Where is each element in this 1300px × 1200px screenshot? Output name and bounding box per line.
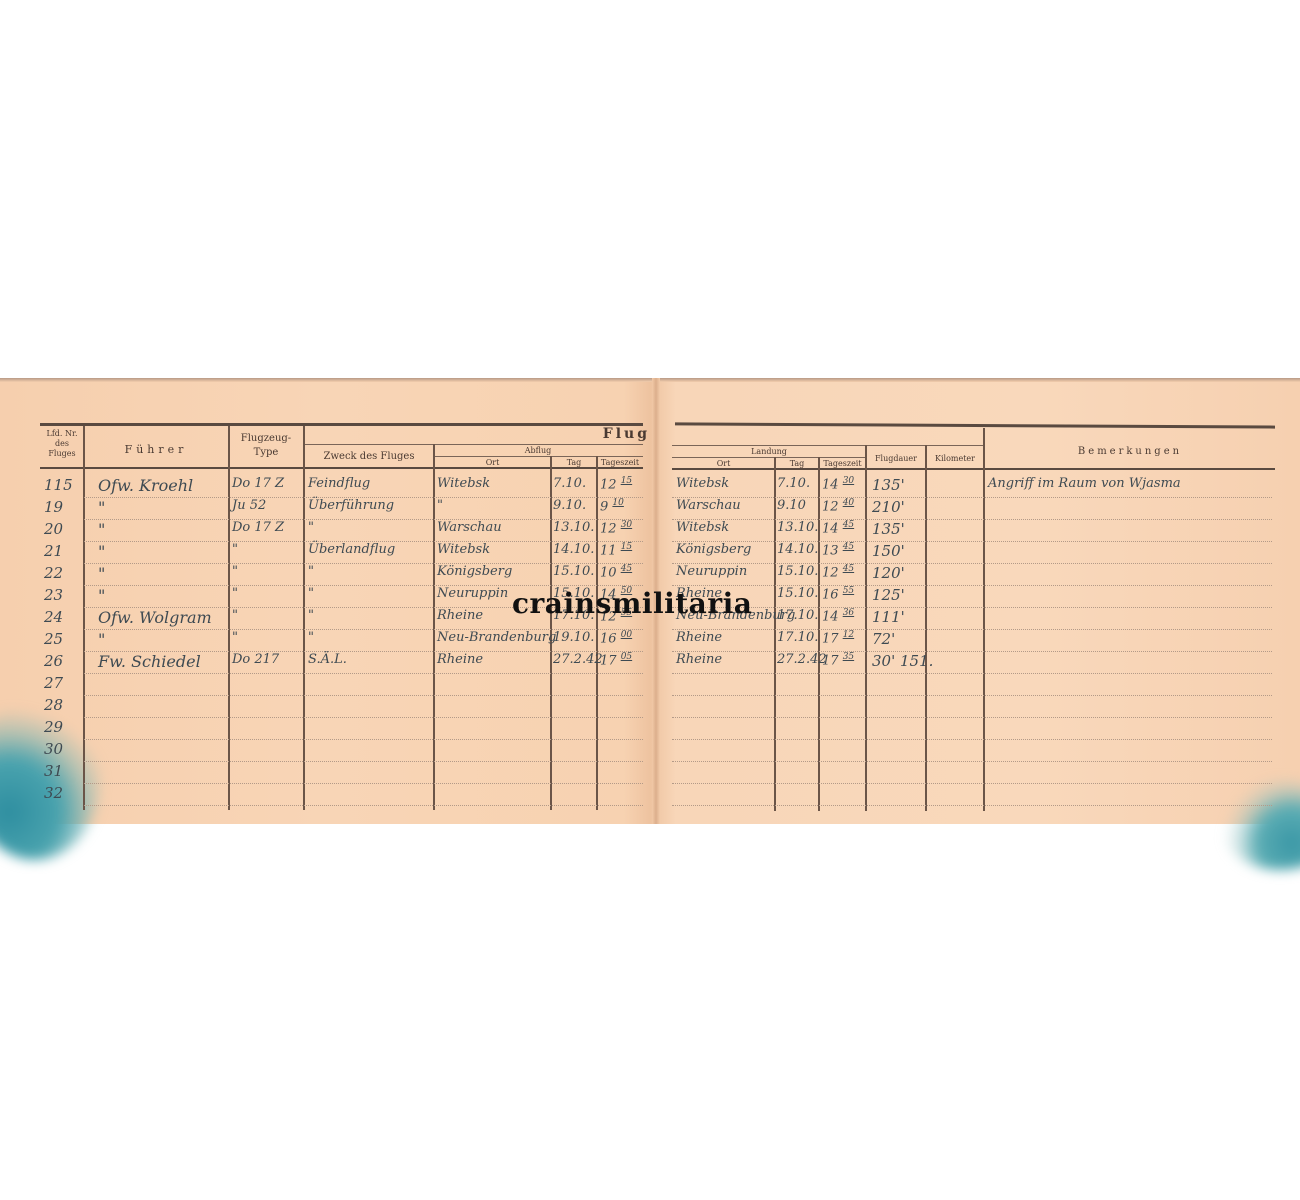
landing-time: 12 45	[822, 564, 854, 580]
aircraft-type: "	[232, 586, 238, 601]
col-divider	[303, 426, 305, 810]
landing-time: 14 45	[822, 520, 854, 536]
page-top-edge	[0, 378, 1300, 382]
pilot-name: Ofw. Wolgram	[98, 608, 212, 627]
landing-time-minute: 36	[843, 608, 854, 618]
flight-number: 21	[44, 542, 63, 560]
landing-time-hour: 12	[822, 499, 839, 514]
pilot-name: "	[98, 564, 105, 583]
flight-number: 115	[44, 476, 73, 494]
flight-purpose: "	[308, 520, 314, 535]
row-rule	[84, 673, 643, 674]
departure-place: Neuruppin	[437, 586, 508, 601]
header-rule-landung-top	[672, 445, 984, 446]
row-rule	[672, 695, 1272, 696]
col-header-kilometer: Kilometer	[926, 454, 984, 464]
col-header-type-line1: Flugzeug-	[229, 432, 303, 446]
flight-purpose: "	[308, 586, 314, 601]
departure-place: Witebsk	[437, 542, 490, 557]
departure-place: Neu-Brandenburg	[437, 630, 556, 645]
flight-number: 24	[44, 608, 63, 626]
pilot-name: "	[98, 542, 105, 561]
col-header-nr: Lfd. Nr. des Fluges	[40, 429, 84, 459]
departure-place: Königsberg	[437, 564, 512, 579]
landing-date: 13.10.	[777, 520, 818, 535]
landing-date: 14.10.	[777, 542, 818, 557]
landing-date: 17.10.	[777, 608, 818, 623]
pilot-name: "	[98, 630, 105, 649]
row-rule	[84, 805, 643, 806]
row-rule	[672, 629, 1272, 630]
flight-duration: 120'	[872, 564, 905, 582]
header-bottom-right	[672, 468, 1275, 470]
departure-time: 12 15	[600, 476, 632, 492]
flight-number: 28	[44, 696, 63, 714]
col-header-fuehrer: Führer	[84, 443, 228, 456]
group-header-landung: Landung	[672, 447, 866, 457]
landing-time: 16 55	[822, 586, 854, 602]
col-divider	[865, 445, 867, 811]
landing-place: Königsberg	[676, 542, 751, 557]
remarks: Angriff im Raum von Wjasma	[988, 476, 1181, 491]
flight-number: 32	[44, 784, 63, 802]
flight-duration: 135'	[872, 476, 905, 494]
pilot-name: "	[98, 586, 105, 605]
departure-place: Rheine	[437, 652, 483, 667]
flight-duration: 210'	[872, 498, 905, 516]
row-rule	[84, 717, 643, 718]
row-rule	[672, 519, 1272, 520]
landing-time-minute: 55	[843, 586, 854, 596]
watermark: crainsmilitaria	[512, 587, 752, 620]
departure-time-minute: 15	[621, 542, 632, 552]
col-divider	[228, 426, 230, 810]
header-rule-landung	[672, 457, 866, 458]
flight-number: 29	[44, 718, 63, 736]
landing-date: 7.10.	[777, 476, 810, 491]
landing-place: Rheine	[676, 652, 722, 667]
departure-time-hour: 11	[600, 543, 617, 558]
col-header-nr-line1: Lfd. Nr.	[40, 429, 84, 439]
row-rule	[84, 739, 643, 740]
row-rule	[672, 783, 1272, 784]
landing-time-minute: 30	[843, 476, 854, 486]
departure-time-hour: 12	[600, 477, 617, 492]
flight-number: 31	[44, 762, 63, 780]
departure-time-hour: 10	[600, 565, 617, 580]
flight-duration: 135'	[872, 520, 905, 538]
flight-duration: 125'	[872, 586, 905, 604]
landing-time-hour: 13	[822, 543, 839, 558]
departure-place: Witebsk	[437, 476, 490, 491]
landing-time-hour: 14	[822, 609, 839, 624]
departure-time: 11 15	[600, 542, 632, 558]
landing-time-minute: 45	[843, 542, 854, 552]
col-header-zweck: Zweck des Fluges	[304, 452, 434, 462]
flight-duration: 150'	[872, 542, 905, 560]
aircraft-type: "	[232, 630, 238, 645]
row-rule	[672, 739, 1272, 740]
landing-time-hour: 17	[822, 631, 839, 646]
landing-time-minute: 45	[843, 564, 854, 574]
departure-time-hour: 12	[600, 521, 617, 536]
flight-purpose: "	[308, 630, 314, 645]
departure-time: 12 30	[600, 520, 632, 536]
row-rule	[672, 497, 1272, 498]
aircraft-type: Do 17 Z	[232, 476, 284, 491]
flight-duration: 111'	[872, 608, 905, 626]
landing-date: 15.10.	[777, 564, 818, 579]
departure-time-minute: 15	[621, 476, 632, 486]
col-header-bemerkungen: Bemerkungen	[985, 446, 1275, 457]
row-rule	[672, 563, 1272, 564]
landing-time: 12 40	[822, 498, 854, 514]
header-bottom-left	[40, 467, 643, 469]
row-rule	[672, 541, 1272, 542]
landing-time-hour: 16	[822, 587, 839, 602]
departure-time-minute: 00	[621, 630, 632, 640]
departure-time-hour: 17	[600, 653, 617, 668]
aircraft-type: "	[232, 608, 238, 623]
pilot-name: Ofw. Kroehl	[98, 476, 193, 495]
row-rule	[84, 695, 643, 696]
col-divider	[925, 445, 927, 811]
flight-purpose: S.Ä.L.	[308, 652, 347, 667]
col-header-type: Flugzeug- Type	[229, 432, 303, 460]
col-header-nr-line2: des	[40, 439, 84, 449]
flight-number: 19	[44, 498, 63, 516]
col-divider	[983, 428, 985, 811]
departure-date: 15.10.	[553, 564, 594, 579]
landing-place: Warschau	[676, 498, 741, 513]
departure-time: 10 45	[600, 564, 632, 580]
header-rule-flug	[304, 444, 643, 445]
flight-number: 30	[44, 740, 63, 758]
row-rule	[672, 673, 1272, 674]
aircraft-type: Ju 52	[232, 498, 266, 513]
aircraft-type: "	[232, 564, 238, 579]
departure-place: Rheine	[437, 608, 483, 623]
departure-place: Warschau	[437, 520, 502, 535]
col-header-nr-line3: Fluges	[40, 449, 84, 459]
landing-time-minute: 45	[843, 520, 854, 530]
departure-time-minute: 45	[621, 564, 632, 574]
landing-date: 17.10.	[777, 630, 818, 645]
departure-date: 7.10.	[553, 476, 586, 491]
aircraft-type: Do 217	[232, 652, 279, 667]
departure-time-minute: 30	[621, 520, 632, 530]
flight-purpose: "	[308, 608, 314, 623]
group-header-flug: Flug	[590, 426, 650, 442]
flight-purpose: Feindflug	[308, 476, 370, 491]
departure-time-minute: 10	[612, 498, 623, 508]
row-rule	[84, 783, 643, 784]
landing-time-hour: 12	[822, 565, 839, 580]
row-rule	[672, 761, 1272, 762]
landing-time-hour: 14	[822, 521, 839, 536]
landing-date: 27.2.42	[777, 652, 827, 667]
flight-number: 25	[44, 630, 63, 648]
landing-time-minute: 40	[843, 498, 854, 508]
departure-time: 16 00	[600, 630, 632, 646]
departure-date: 27.2.42	[553, 652, 603, 667]
col-divider	[596, 456, 598, 810]
pilot-name: Fw. Schiedel	[98, 652, 201, 671]
flight-number: 23	[44, 586, 63, 604]
col-divider	[433, 444, 435, 810]
aircraft-type: Do 17 Z	[232, 520, 284, 535]
landing-place: Rheine	[676, 630, 722, 645]
flight-number: 27	[44, 674, 63, 692]
flight-purpose: Überführung	[308, 498, 394, 513]
landing-date: 15.10.	[777, 586, 818, 601]
landing-place: Witebsk	[676, 520, 729, 535]
row-rule	[672, 717, 1272, 718]
departure-time: 17 05	[600, 652, 632, 668]
landing-date: 9.10	[777, 498, 806, 513]
col-header-flugdauer: Flugdauer	[866, 454, 926, 464]
departure-time-hour: 9	[600, 499, 608, 514]
flight-number: 26	[44, 652, 63, 670]
flight-duration: 72'	[872, 630, 895, 648]
landing-time-minute: 12	[843, 630, 854, 640]
flight-number: 20	[44, 520, 63, 538]
flight-purpose: Überlandflug	[308, 542, 395, 557]
departure-place: "	[437, 498, 443, 513]
departure-date: 19.10.	[553, 630, 594, 645]
flight-purpose: "	[308, 564, 314, 579]
row-rule	[84, 761, 643, 762]
row-rule	[672, 805, 1272, 806]
col-header-type-line2: Type	[229, 446, 303, 460]
flight-number: 22	[44, 564, 63, 582]
col-divider	[774, 457, 776, 811]
pilot-name: "	[98, 498, 105, 517]
col-divider	[83, 426, 85, 810]
landing-time: 17 35	[822, 652, 854, 668]
pilot-name: "	[98, 520, 105, 539]
left-page-top-rule	[40, 423, 643, 426]
departure-date: 14.10.	[553, 542, 594, 557]
departure-time: 9 10	[600, 498, 624, 514]
landing-time: 17 12	[822, 630, 854, 646]
departure-date: 9.10.	[553, 498, 586, 513]
landing-time-minute: 35	[843, 652, 854, 662]
group-header-abflug: Abflug	[434, 446, 642, 456]
departure-date: 13.10.	[553, 520, 594, 535]
landing-time: 14 36	[822, 608, 854, 624]
landing-time-hour: 14	[822, 477, 839, 492]
landing-time-hour: 17	[822, 653, 839, 668]
departure-time-minute: 05	[621, 652, 632, 662]
row-rule	[672, 651, 1272, 652]
row-rule	[672, 585, 1272, 586]
landing-time: 13 45	[822, 542, 854, 558]
flight-duration: 30' 151.	[872, 652, 933, 670]
departure-time-hour: 16	[600, 631, 617, 646]
landing-time: 14 30	[822, 476, 854, 492]
header-rule-abflug	[434, 456, 643, 457]
aircraft-type: "	[232, 542, 238, 557]
landing-place: Witebsk	[676, 476, 729, 491]
landing-place: Neuruppin	[676, 564, 747, 579]
